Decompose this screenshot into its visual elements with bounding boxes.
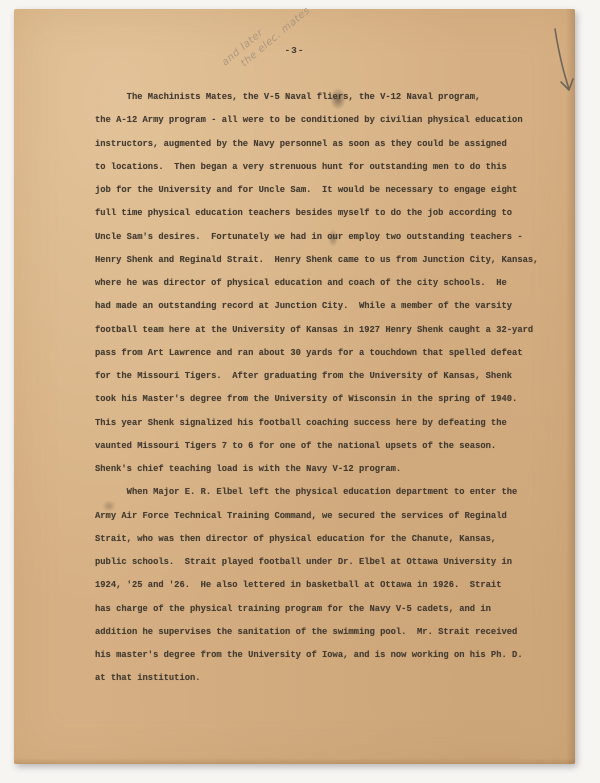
text-line: When Major E. R. Elbel left the physical… — [95, 481, 565, 504]
text-line: instructors, augmented by the Navy perso… — [95, 133, 565, 156]
page-number: -3- — [14, 45, 575, 56]
text-line: full time physical education teachers be… — [95, 202, 565, 225]
text-line: Shenk's chief teaching load is with the … — [95, 458, 565, 481]
text-line: had made an outstanding record at Juncti… — [95, 295, 565, 318]
text-line: The Machinists Mates, the V-5 Naval flie… — [95, 86, 565, 109]
document-lines: The Machinists Mates, the V-5 Naval flie… — [95, 86, 565, 691]
text-line: to locations. Then began a very strenuou… — [95, 156, 565, 179]
text-line: addition he supervises the sanitation of… — [95, 621, 565, 644]
text-line: Strait, who was then director of physica… — [95, 528, 565, 551]
text-line: 1924, '25 and '26. He also lettered in b… — [95, 574, 565, 597]
text-line: where he was director of physical educat… — [95, 272, 565, 295]
text-line: the A-12 Army program - all were to be c… — [95, 109, 565, 132]
text-line: vaunted Missouri Tigers 7 to 6 for one o… — [95, 435, 565, 458]
text-line: his master's degree from the University … — [95, 644, 565, 667]
text-line: for the Missouri Tigers. After graduatin… — [95, 365, 565, 388]
text-line: Army Air Force Technical Training Comman… — [95, 505, 565, 528]
text-line: football team here at the University of … — [95, 319, 565, 342]
text-line: This year Shenk signalized his football … — [95, 412, 565, 435]
text-line: took his Master's degree from the Univer… — [95, 388, 565, 411]
text-line: Henry Shenk and Reginald Strait. Henry S… — [95, 249, 565, 272]
paper-edge-shading — [566, 9, 575, 764]
text-line: at that institution. — [95, 667, 565, 690]
text-line: Uncle Sam's desires. Fortunately we had … — [95, 226, 565, 249]
pencil-note-line: and later — [219, 0, 304, 69]
paper-edge-shading — [14, 758, 575, 764]
handwritten-pencil-note: and later the elec. mates — [219, 0, 313, 79]
text-line: has charge of the physical training prog… — [95, 598, 565, 621]
scanned-document-view: -3- and later the elec. mates The Machin… — [0, 0, 600, 783]
document-page: -3- and later the elec. mates The Machin… — [14, 9, 575, 764]
text-line: public schools. Strait played football u… — [95, 551, 565, 574]
text-line: pass from Art Lawrence and ran about 30 … — [95, 342, 565, 365]
text-line: job for the University and for Uncle Sam… — [95, 179, 565, 202]
